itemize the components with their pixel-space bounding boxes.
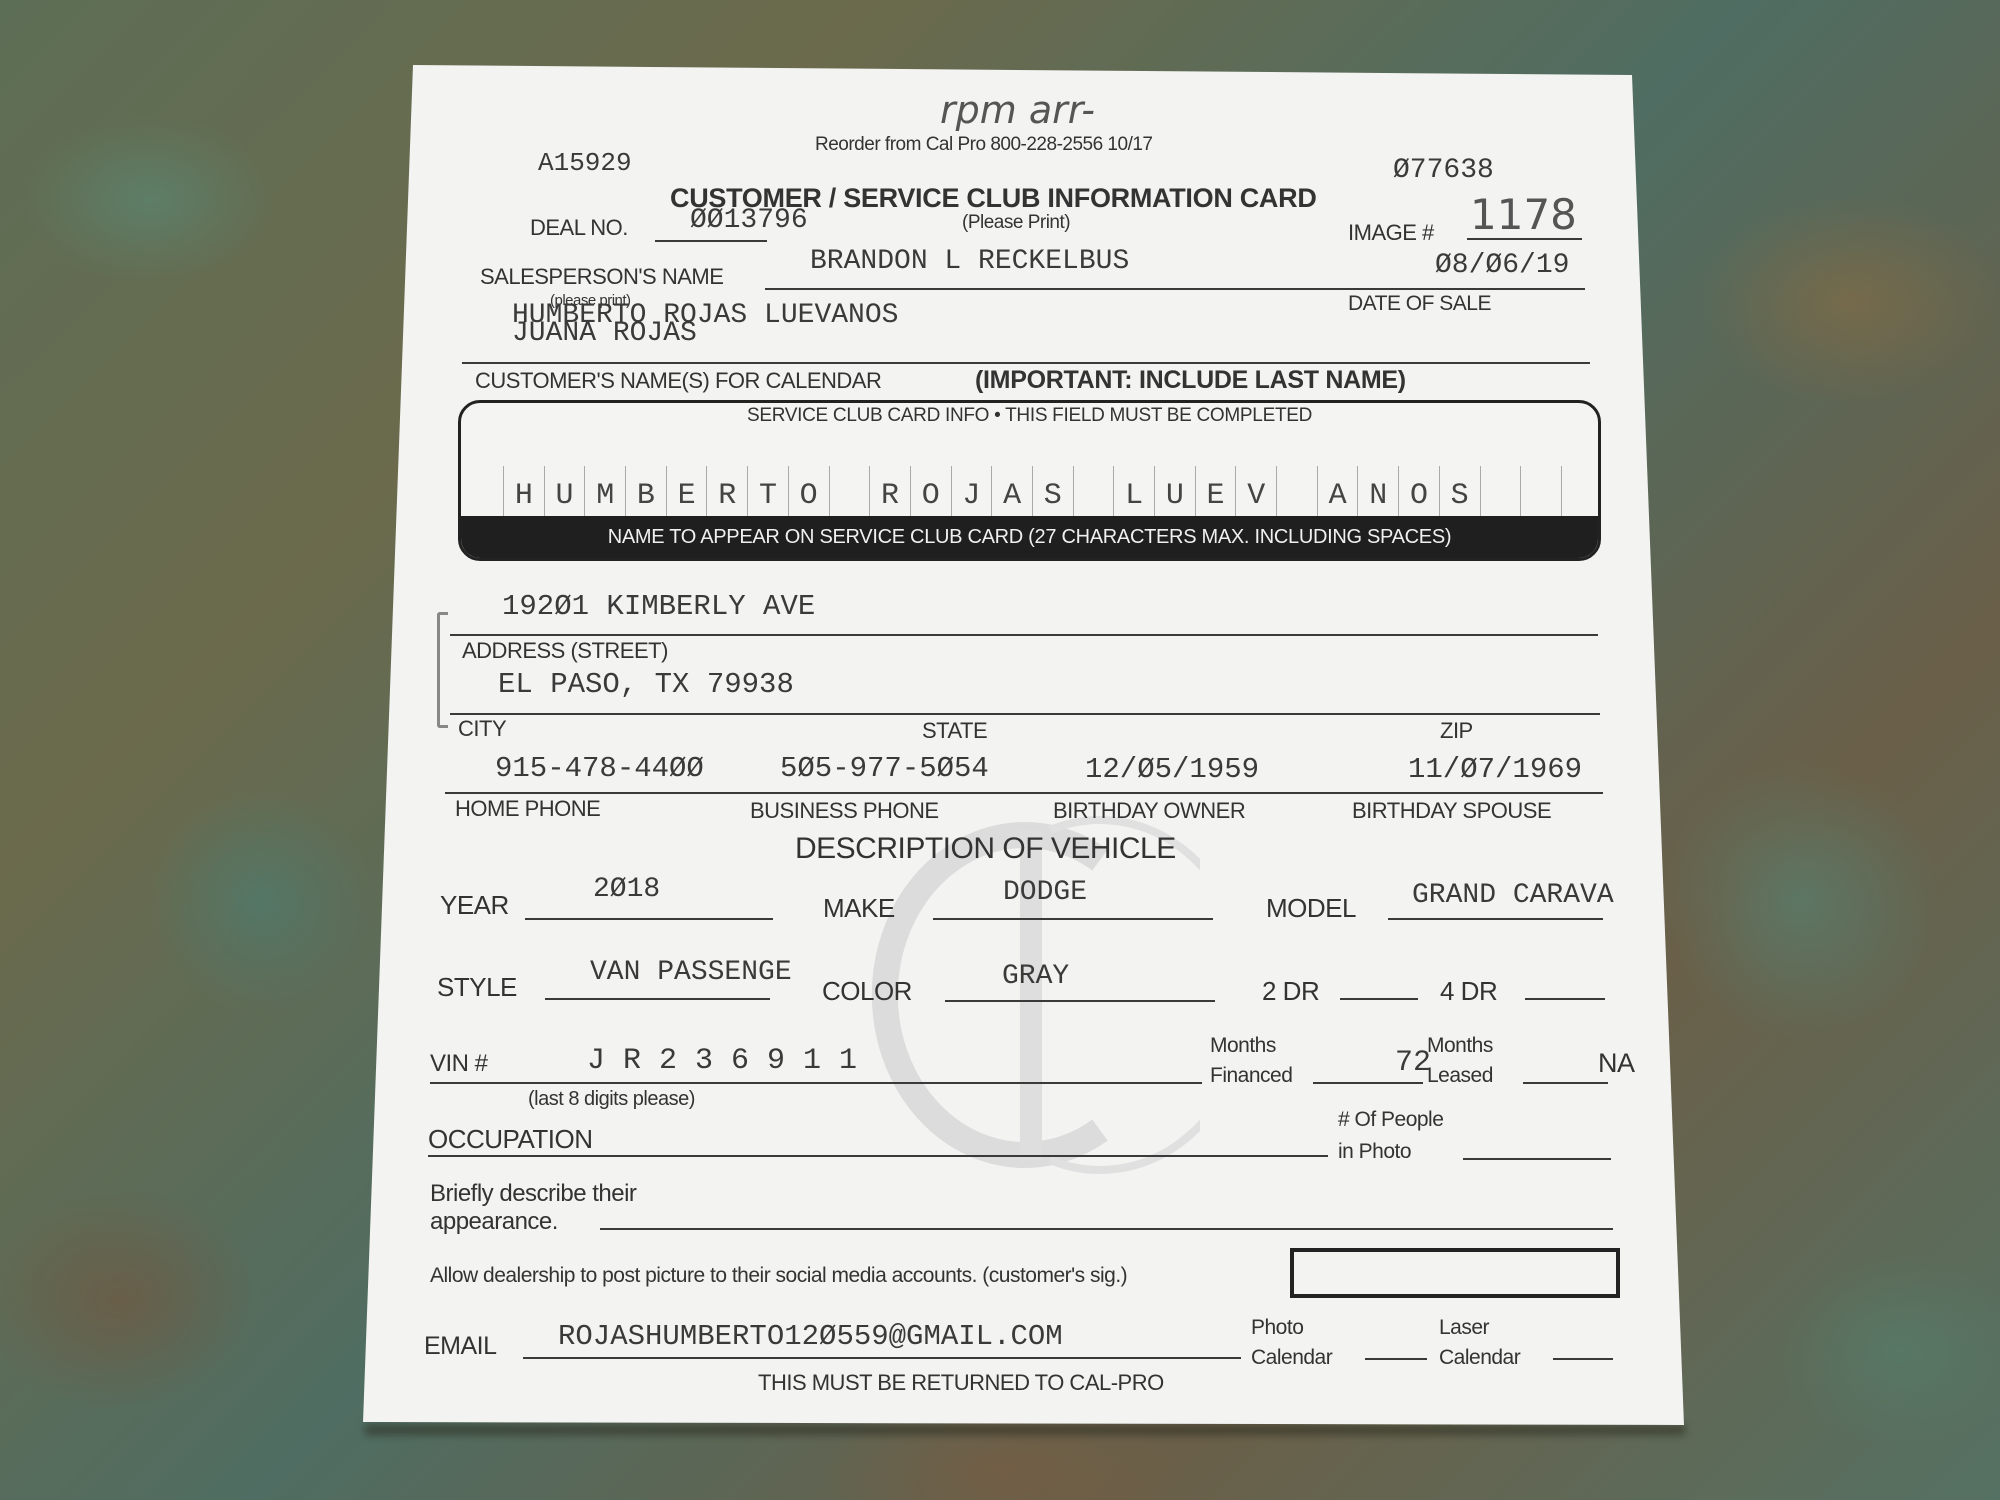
char-cell[interactable]: S	[1439, 466, 1480, 516]
char-cell[interactable]	[1561, 466, 1601, 516]
char-cell[interactable]: V	[1235, 466, 1276, 516]
make-underline	[933, 918, 1213, 920]
model-underline	[1388, 918, 1603, 920]
form-id: A15929	[538, 148, 632, 178]
street-value[interactable]: 192Ø1 KIMBERLY AVE	[502, 590, 815, 623]
year-value[interactable]: 2Ø18	[593, 874, 660, 905]
staple-icon	[437, 612, 448, 728]
people-in-photo-field[interactable]	[1463, 1158, 1611, 1160]
date-of-sale-label: DATE OF SALE	[1348, 292, 1491, 316]
service-club-footer-bar: NAME TO APPEAR ON SERVICE CLUB CARD (27 …	[461, 516, 1598, 558]
birthday-spouse-label: BIRTHDAY SPOUSE	[1352, 798, 1551, 824]
return-notice: THIS MUST BE RETURNED TO CAL-PRO	[758, 1370, 1164, 1396]
state-label: STATE	[922, 718, 987, 744]
char-cell[interactable]	[1480, 466, 1521, 516]
vin-label: VIN #	[430, 1050, 488, 1078]
handwritten-signature: rpm arr-	[940, 88, 1095, 132]
model-label: MODEL	[1266, 893, 1356, 924]
email-underline	[523, 1357, 1241, 1359]
months-leased-label-2: Leased	[1427, 1064, 1493, 1088]
year-underline	[525, 918, 773, 920]
four-door-field[interactable]	[1525, 998, 1605, 1000]
home-phone-label: HOME PHONE	[455, 796, 600, 822]
street-underline	[450, 634, 1598, 636]
email-value[interactable]: ROJASHUMBERTO12Ø559@GMAIL.COM	[558, 1320, 1063, 1353]
char-cell[interactable]: R	[869, 466, 910, 516]
image-no-value[interactable]: 1178	[1470, 190, 1577, 239]
months-financed-label-1: Months	[1210, 1034, 1276, 1058]
important-note: (IMPORTANT: INCLUDE LAST NAME)	[975, 366, 1406, 395]
deal-no-value[interactable]: ØØ13796	[690, 205, 808, 236]
email-label: EMAIL	[424, 1332, 497, 1361]
service-club-name-grid[interactable]: H U M B E R T O R O J A S L U E V A N O …	[503, 466, 1601, 516]
char-cell[interactable]: L	[1113, 466, 1154, 516]
char-cell[interactable]: A	[1317, 466, 1358, 516]
customer-names-underline	[462, 362, 1590, 364]
street-label: ADDRESS (STREET)	[462, 638, 668, 664]
date-of-sale-value[interactable]: Ø8/Ø6/19	[1435, 250, 1569, 281]
char-cell[interactable]: N	[1357, 466, 1398, 516]
people-in-photo-label-1: # Of People	[1338, 1108, 1443, 1132]
appearance-label-1: Briefly describe their	[430, 1180, 636, 1208]
four-door-label: 4 DR	[1440, 976, 1497, 1007]
vin-hint: (last 8 digits please)	[528, 1088, 695, 1111]
service-club-card-box: SERVICE CLUB CARD INFO • THIS FIELD MUST…	[458, 400, 1601, 561]
people-in-photo-label-2: in Photo	[1338, 1140, 1411, 1164]
customer-signature-box[interactable]	[1290, 1248, 1620, 1298]
two-door-label: 2 DR	[1262, 976, 1319, 1007]
photo-calendar-field[interactable]	[1365, 1358, 1427, 1360]
char-cell[interactable]	[829, 466, 870, 516]
char-cell[interactable]: M	[584, 466, 625, 516]
photo-calendar-label-1: Photo	[1251, 1316, 1303, 1340]
char-cell[interactable]: E	[1195, 466, 1236, 516]
two-door-field[interactable]	[1340, 998, 1418, 1000]
occupation-label: OCCUPATION	[428, 1124, 592, 1155]
months-financed-underline	[1313, 1082, 1423, 1084]
customer-name-line-2[interactable]: JUANA ROJAS	[512, 318, 697, 349]
color-value[interactable]: GRAY	[1002, 961, 1069, 992]
business-phone-value[interactable]: 5Ø5-977-5Ø54	[780, 752, 989, 785]
please-print-note: (Please Print)	[962, 212, 1070, 234]
months-leased-underline	[1523, 1082, 1608, 1084]
char-cell[interactable]: E	[666, 466, 707, 516]
birthday-owner-value[interactable]: 12/Ø5/1959	[1085, 753, 1259, 786]
image-no-label: IMAGE #	[1348, 220, 1434, 246]
char-cell[interactable]: O	[910, 466, 951, 516]
char-cell[interactable]: J	[951, 466, 992, 516]
style-label: STYLE	[437, 972, 517, 1003]
vin-value[interactable]: J R 2 3 6 9 1 1	[587, 1044, 857, 1078]
make-value[interactable]: DODGE	[1003, 877, 1087, 908]
city-value[interactable]: EL PASO, TX 79938	[498, 668, 794, 701]
laser-calendar-label-2: Calendar	[1439, 1346, 1520, 1370]
months-financed-value[interactable]: 72	[1395, 1046, 1431, 1080]
char-cell[interactable]: U	[1154, 466, 1195, 516]
char-cell[interactable]: U	[544, 466, 585, 516]
year-label: YEAR	[440, 890, 509, 921]
paper-shadow	[365, 1425, 1685, 1435]
salesperson-label: SALESPERSON'S NAME	[480, 264, 723, 290]
contact-underline	[445, 792, 1603, 794]
appearance-label-2: appearance.	[430, 1208, 558, 1236]
vehicle-section-title: DESCRIPTION OF VEHICLE	[795, 832, 1176, 866]
deal-no-label: DEAL NO.	[530, 215, 628, 241]
business-phone-label: BUSINESS PHONE	[750, 798, 939, 824]
service-club-heading: SERVICE CLUB CARD INFO • THIS FIELD MUST…	[461, 405, 1598, 427]
birthday-owner-label: BIRTHDAY OWNER	[1053, 798, 1245, 824]
char-cell[interactable]	[1073, 466, 1114, 516]
char-cell[interactable]	[1520, 466, 1561, 516]
city-label: CITY	[458, 716, 506, 742]
model-value[interactable]: GRAND CARAVA	[1412, 880, 1614, 911]
laser-calendar-label-1: Laser	[1439, 1316, 1489, 1340]
city-underline	[450, 713, 1600, 715]
months-leased-value[interactable]: NA	[1598, 1048, 1635, 1079]
char-cell[interactable]: R	[706, 466, 747, 516]
salesperson-underline	[765, 288, 1585, 290]
char-cell[interactable]: A	[991, 466, 1032, 516]
home-phone-value[interactable]: 915-478-44ØØ	[495, 752, 704, 785]
style-value[interactable]: VAN PASSENGE	[590, 957, 792, 988]
birthday-spouse-value[interactable]: 11/Ø7/1969	[1408, 753, 1582, 786]
char-cell[interactable]: O	[1398, 466, 1439, 516]
reorder-text: Reorder from Cal Pro 800-228-2556 10/17	[815, 134, 1152, 156]
laser-calendar-field[interactable]	[1553, 1358, 1613, 1360]
vin-underline	[430, 1082, 1202, 1084]
serial-number: Ø77638	[1393, 155, 1494, 186]
color-label: COLOR	[822, 976, 912, 1007]
deal-no-underline	[655, 240, 767, 242]
months-leased-label-1: Months	[1427, 1034, 1493, 1058]
char-cell[interactable]: B	[625, 466, 666, 516]
char-cell[interactable]: T	[747, 466, 788, 516]
months-financed-label-2: Financed	[1210, 1064, 1292, 1088]
social-media-consent-text: Allow dealership to post picture to thei…	[430, 1264, 1127, 1288]
char-cell[interactable]: H	[503, 466, 544, 516]
char-cell[interactable]: S	[1032, 466, 1073, 516]
photo-calendar-label-2: Calendar	[1251, 1346, 1332, 1370]
occupation-field[interactable]	[428, 1155, 1328, 1157]
style-underline	[545, 998, 770, 1000]
char-cell[interactable]: O	[788, 466, 829, 516]
color-underline	[945, 1000, 1215, 1002]
salesperson-value[interactable]: BRANDON L RECKELBUS	[810, 246, 1129, 277]
char-cell[interactable]	[1276, 466, 1317, 516]
zip-label: ZIP	[1440, 718, 1473, 744]
appearance-field[interactable]	[600, 1228, 1613, 1230]
make-label: MAKE	[823, 893, 895, 924]
customer-names-label: CUSTOMER'S NAME(S) FOR CALENDAR	[475, 368, 881, 394]
